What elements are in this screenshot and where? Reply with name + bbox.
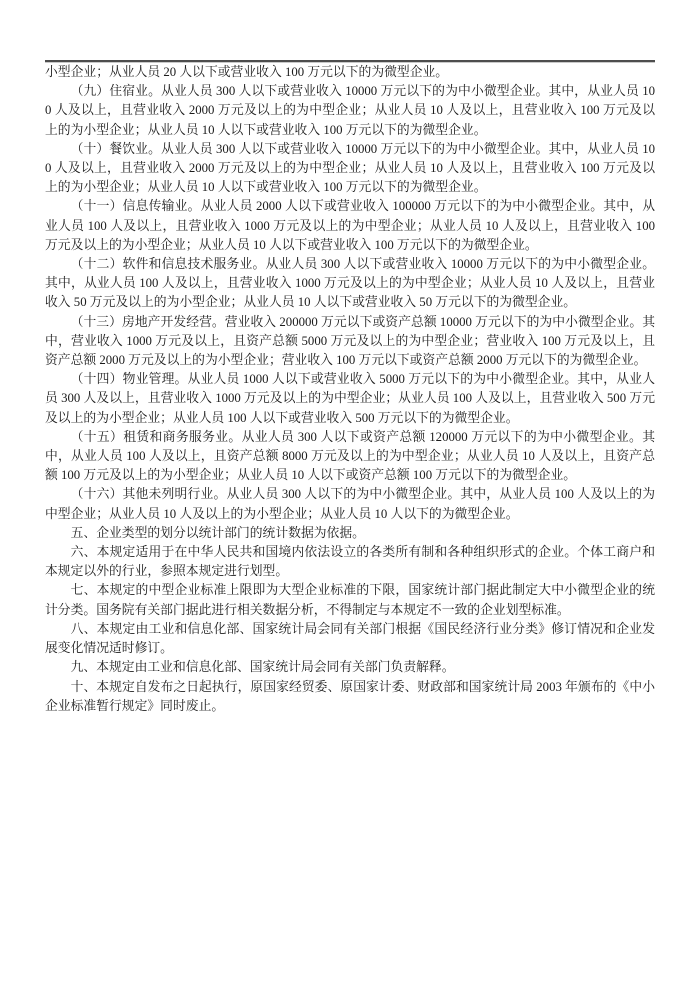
article-5: 五、企业类型的划分以统计部门的统计数据为依据。: [45, 524, 655, 543]
clause-14-property-management: （十四）物业管理。从业人员 1000 人以下或营业收入 5000 万元以下的为中…: [45, 370, 655, 428]
clause-12-software-it-services: （十二）软件和信息技术服务业。从业人员 300 人以下或营业收入 10000 万…: [45, 255, 655, 313]
document-body: 小型企业；从业人员 20 人以下或营业收入 100 万元以下的为微型企业。 （九…: [45, 63, 655, 716]
article-9: 九、本规定由工业和信息化部、国家统计局会同有关部门负责解释。: [45, 658, 655, 677]
article-10: 十、本规定自发布之日起执行，原国家经贸委、原国家计委、财政部和国家统计局 200…: [45, 678, 655, 716]
clause-11-information-transmission: （十一）信息传输业。从业人员 2000 人以下或营业收入 100000 万元以下…: [45, 197, 655, 255]
clause-16-other-industries: （十六）其他未列明行业。从业人员 300 人以下的为中小微型企业。其中，从业人员…: [45, 485, 655, 523]
clause-15-leasing-business-services: （十五）租赁和商务服务业。从业人员 300 人以下或资产总额 120000 万元…: [45, 428, 655, 486]
article-8: 八、本规定由工业和信息化部、国家统计局会同有关部门根据《国民经济行业分类》修订情…: [45, 620, 655, 658]
continuation-line: 小型企业；从业人员 20 人以下或营业收入 100 万元以下的为微型企业。: [45, 63, 655, 82]
clause-13-real-estate-development: （十三）房地产开发经营。营业收入 200000 万元以下或资产总额 10000 …: [45, 313, 655, 371]
article-6: 六、本规定适用于在中华人民共和国境内依法设立的各类所有制和各种组织形式的企业。个…: [45, 543, 655, 581]
clause-10-catering: （十）餐饮业。从业人员 300 人以下或营业收入 10000 万元以下的为中小微…: [45, 140, 655, 198]
clause-9-lodging: （九）住宿业。从业人员 300 人以下或营业收入 10000 万元以下的为中小微…: [45, 82, 655, 140]
article-7: 七、本规定的中型企业标准上限即为大型企业标准的下限，国家统计部门据此制定大中小微…: [45, 581, 655, 619]
document-page: 小型企业；从业人员 20 人以下或营业收入 100 万元以下的为微型企业。 （九…: [0, 0, 700, 990]
